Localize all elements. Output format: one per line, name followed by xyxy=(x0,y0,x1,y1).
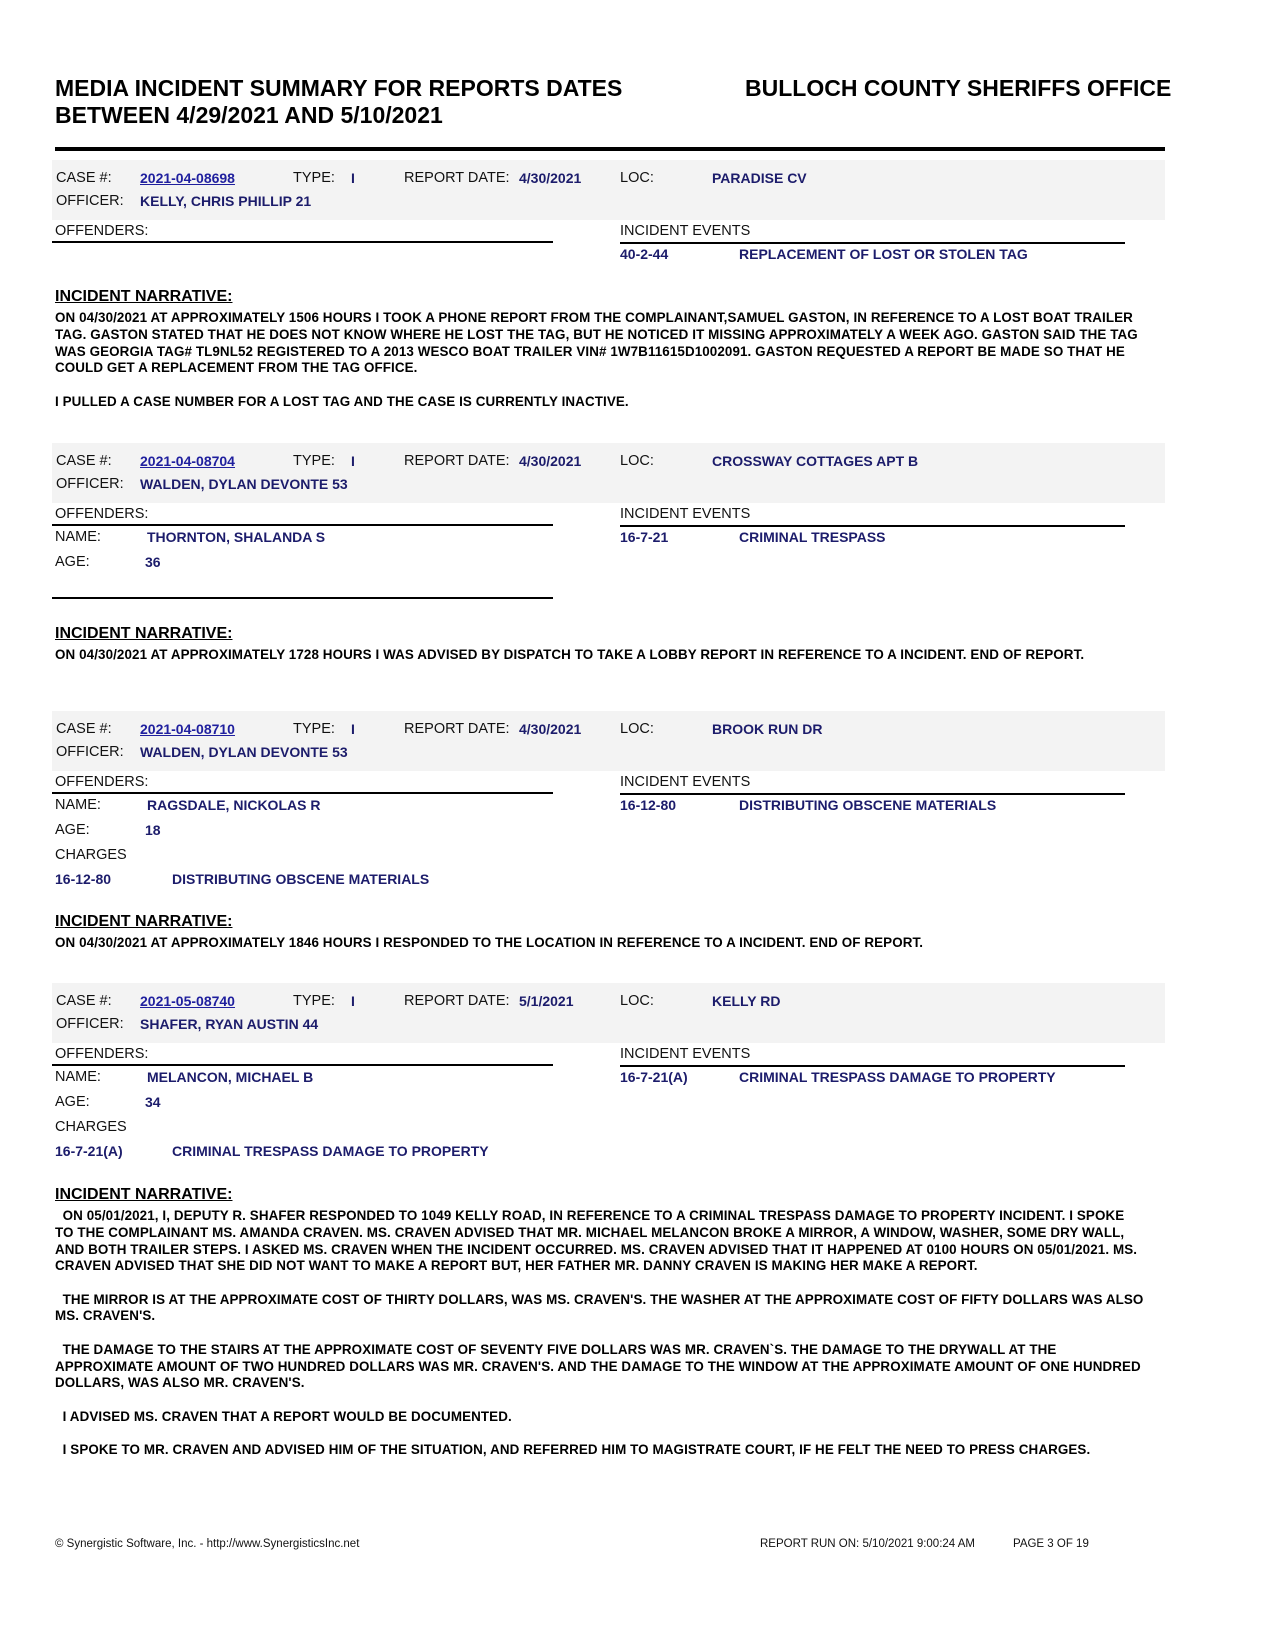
report-title-line-1: MEDIA INCIDENT SUMMARY FOR REPORTS DATES xyxy=(55,75,622,102)
incident-narrative: ON 04/30/2021 AT APPROXIMATELY 1506 HOUR… xyxy=(55,310,1145,427)
charge-code: 16-12-80 xyxy=(55,871,111,887)
case-type: I xyxy=(351,993,355,1009)
report-date-label: REPORT DATE: xyxy=(404,993,510,1009)
offenders-rule xyxy=(52,1064,553,1066)
loc-label: LOC: xyxy=(620,453,654,469)
case-label: CASE #: xyxy=(56,993,112,1009)
charge-description: DISTRIBUTING OBSCENE MATERIALS xyxy=(172,871,429,887)
report-date: 4/30/2021 xyxy=(519,453,581,469)
report-date-label: REPORT DATE: xyxy=(404,170,510,186)
incident-narrative: ON 04/30/2021 AT APPROXIMATELY 1728 HOUR… xyxy=(55,647,1145,680)
officer-label: OFFICER: xyxy=(56,193,124,209)
event-code: 16-7-21(A) xyxy=(620,1069,688,1085)
offender-name: RAGSDALE, NICKOLAS R xyxy=(147,797,320,813)
offenders-rule xyxy=(52,792,553,794)
name-label: NAME: xyxy=(55,1069,101,1085)
narrative-paragraph: I SPOKE TO MR. CRAVEN AND ADVISED HIM OF… xyxy=(55,1442,1145,1459)
case-type: I xyxy=(351,453,355,469)
narrative-paragraph: I ADVISED MS. CRAVEN THAT A REPORT WOULD… xyxy=(55,1409,1145,1426)
narrative-paragraph: ON 05/01/2021, I, DEPUTY R. SHAFER RESPO… xyxy=(55,1208,1145,1275)
type-label: TYPE: xyxy=(293,453,335,469)
agency-name: BULLOCH COUNTY SHERIFFS OFFICE xyxy=(745,75,1171,102)
case-label: CASE #: xyxy=(56,721,112,737)
officer-name: WALDEN, DYLAN DEVONTE 53 xyxy=(140,744,348,760)
offender-name: THORNTON, SHALANDA S xyxy=(147,529,325,545)
name-label: NAME: xyxy=(55,529,101,545)
narrative-paragraph: ON 04/30/2021 AT APPROXIMATELY 1728 HOUR… xyxy=(55,647,1145,664)
events-rule xyxy=(620,1065,1125,1067)
events-rule xyxy=(620,242,1125,244)
loc-label: LOC: xyxy=(620,170,654,186)
case-header-band xyxy=(52,160,1165,220)
narrative-paragraph: I PULLED A CASE NUMBER FOR A LOST TAG AN… xyxy=(55,394,1145,411)
name-label: NAME: xyxy=(55,797,101,813)
event-description: CRIMINAL TRESPASS xyxy=(739,529,886,545)
incident-events-label: INCIDENT EVENTS xyxy=(620,1046,750,1062)
incident-events-label: INCIDENT EVENTS xyxy=(620,774,750,790)
report-date-label: REPORT DATE: xyxy=(404,453,510,469)
case-header-band xyxy=(52,983,1165,1043)
offenders-rule xyxy=(52,241,553,243)
offender-name: MELANCON, MICHAEL B xyxy=(147,1069,313,1085)
type-label: TYPE: xyxy=(293,721,335,737)
case-label: CASE #: xyxy=(56,170,112,186)
run-on-value: 5/10/2021 9:00:24 AM xyxy=(862,1538,975,1550)
page-number: PAGE 3 OF 19 xyxy=(1013,1538,1089,1550)
narrative-paragraph: THE DAMAGE TO THE STAIRS AT THE APPROXIM… xyxy=(55,1342,1145,1392)
incident-events-label: INCIDENT EVENTS xyxy=(620,223,750,239)
officer-label: OFFICER: xyxy=(56,744,124,760)
age-label: AGE: xyxy=(55,1094,90,1110)
offenders-label: OFFENDERS: xyxy=(55,506,148,522)
events-rule xyxy=(620,525,1125,527)
case-number-link[interactable]: 2021-04-08698 xyxy=(140,170,235,186)
header-rule xyxy=(55,147,1165,151)
footer-run-on: REPORT RUN ON: 5/10/2021 9:00:24 AM xyxy=(760,1538,975,1550)
report-date: 4/30/2021 xyxy=(519,170,581,186)
events-rule xyxy=(620,793,1125,795)
case-header-band xyxy=(52,711,1165,771)
event-code: 16-7-21 xyxy=(620,529,668,545)
report-date: 4/30/2021 xyxy=(519,721,581,737)
location: KELLY RD xyxy=(712,993,780,1009)
offender-end-rule xyxy=(52,597,553,599)
incident-narrative-heading: INCIDENT NARRATIVE: xyxy=(55,625,232,643)
footer-copyright: © Synergistic Software, Inc. - http://ww… xyxy=(55,1538,359,1550)
run-on-label: REPORT RUN ON: xyxy=(760,1538,859,1550)
location: PARADISE CV xyxy=(712,170,807,186)
offenders-label: OFFENDERS: xyxy=(55,223,148,239)
officer-name: SHAFER, RYAN AUSTIN 44 xyxy=(140,1016,318,1032)
report-date: 5/1/2021 xyxy=(519,993,574,1009)
incident-narrative-heading: INCIDENT NARRATIVE: xyxy=(55,913,232,931)
narrative-paragraph: ON 04/30/2021 AT APPROXIMATELY 1506 HOUR… xyxy=(55,310,1145,377)
charges-label: CHARGES xyxy=(55,847,127,863)
loc-label: LOC: xyxy=(620,721,654,737)
incident-narrative-heading: INCIDENT NARRATIVE: xyxy=(55,288,232,306)
officer-label: OFFICER: xyxy=(56,1016,124,1032)
offender-age: 36 xyxy=(145,554,161,570)
offender-age: 18 xyxy=(145,822,161,838)
type-label: TYPE: xyxy=(293,170,335,186)
event-description: REPLACEMENT OF LOST OR STOLEN TAG xyxy=(739,246,1028,262)
incident-events-label: INCIDENT EVENTS xyxy=(620,506,750,522)
narrative-paragraph: ON 04/30/2021 AT APPROXIMATELY 1846 HOUR… xyxy=(55,935,1145,952)
type-label: TYPE: xyxy=(293,993,335,1009)
loc-label: LOC: xyxy=(620,993,654,1009)
report-date-label: REPORT DATE: xyxy=(404,721,510,737)
offenders-rule xyxy=(52,524,553,526)
age-label: AGE: xyxy=(55,554,90,570)
event-description: DISTRIBUTING OBSCENE MATERIALS xyxy=(739,797,996,813)
charge-code: 16-7-21(A) xyxy=(55,1143,123,1159)
officer-name: WALDEN, DYLAN DEVONTE 53 xyxy=(140,476,348,492)
case-header-band xyxy=(52,443,1165,503)
case-type: I xyxy=(351,721,355,737)
incident-narrative: ON 04/30/2021 AT APPROXIMATELY 1846 HOUR… xyxy=(55,935,1145,968)
event-description: CRIMINAL TRESPASS DAMAGE TO PROPERTY xyxy=(739,1069,1056,1085)
age-label: AGE: xyxy=(55,822,90,838)
location: CROSSWAY COTTAGES APT B xyxy=(712,453,918,469)
location: BROOK RUN DR xyxy=(712,721,822,737)
case-number-link[interactable]: 2021-04-08704 xyxy=(140,453,235,469)
offenders-label: OFFENDERS: xyxy=(55,1046,148,1062)
case-type: I xyxy=(351,170,355,186)
incident-narrative-heading: INCIDENT NARRATIVE: xyxy=(55,1186,232,1204)
charges-label: CHARGES xyxy=(55,1119,127,1135)
officer-label: OFFICER: xyxy=(56,476,124,492)
officer-name: KELLY, CHRIS PHILLIP 21 xyxy=(140,193,311,209)
charge-description: CRIMINAL TRESPASS DAMAGE TO PROPERTY xyxy=(172,1143,489,1159)
incident-narrative: ON 05/01/2021, I, DEPUTY R. SHAFER RESPO… xyxy=(55,1208,1145,1475)
case-number-link[interactable]: 2021-05-08740 xyxy=(140,993,235,1009)
case-number-link[interactable]: 2021-04-08710 xyxy=(140,721,235,737)
offenders-label: OFFENDERS: xyxy=(55,774,148,790)
event-code: 40-2-44 xyxy=(620,246,668,262)
offender-age: 34 xyxy=(145,1094,161,1110)
case-label: CASE #: xyxy=(56,453,112,469)
report-title-line-2: BETWEEN 4/29/2021 AND 5/10/2021 xyxy=(55,102,443,129)
event-code: 16-12-80 xyxy=(620,797,676,813)
narrative-paragraph: THE MIRROR IS AT THE APPROXIMATE COST OF… xyxy=(55,1292,1145,1326)
